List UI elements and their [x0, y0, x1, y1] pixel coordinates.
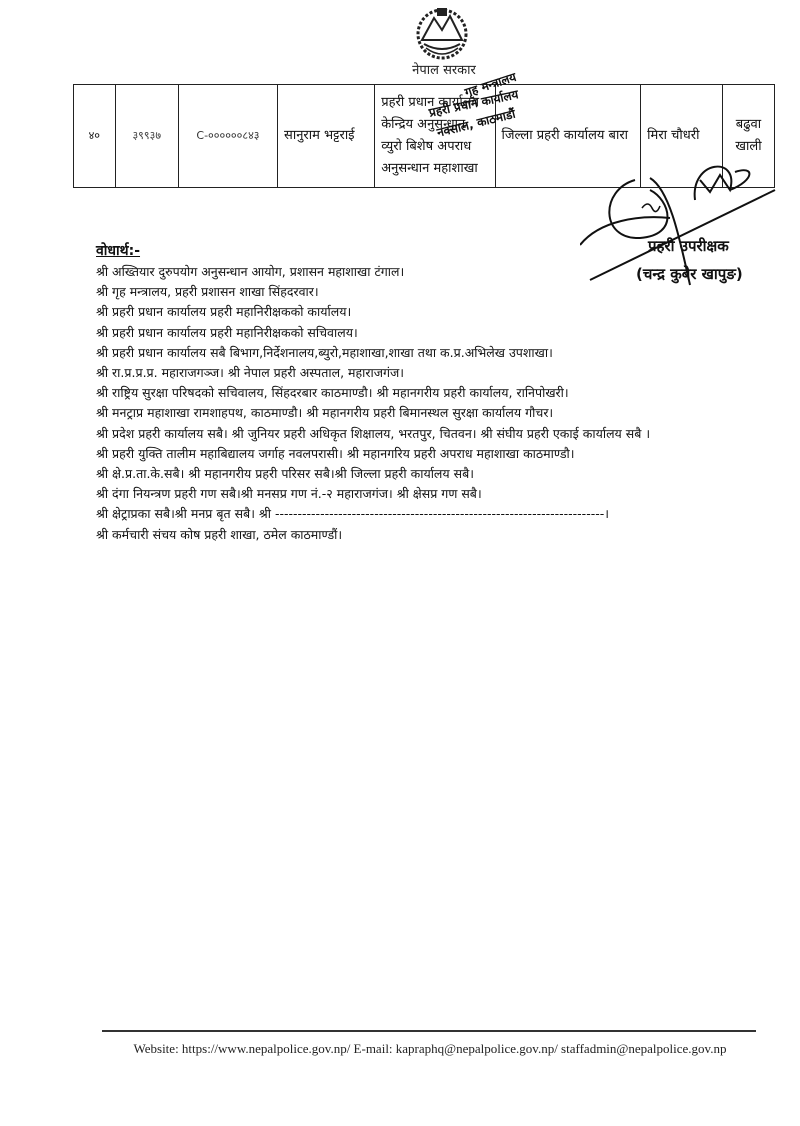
- number-cell: ३९९३७: [115, 85, 178, 188]
- code-cell: C-००००००८४३: [178, 85, 277, 188]
- cc-item: श्री अख्तियार दुरुपयोग अनुसन्धान आयोग, प…: [96, 262, 650, 282]
- cc-list: श्री अख्तियार दुरुपयोग अनुसन्धान आयोग, प…: [96, 262, 650, 545]
- cc-item: श्री दंगा नियन्त्रण प्रहरी गण सबै।श्री म…: [96, 484, 650, 504]
- cc-item: श्री क्षेट्राप्रका सबै।श्री मनप्र बृत सब…: [96, 504, 650, 524]
- serial-cell: ४०: [74, 85, 116, 188]
- remark-line: बढुवा: [729, 114, 768, 136]
- cc-item: श्री कर्मचारी संचय कोष प्रहरी शाखा, ठमेल…: [96, 525, 650, 545]
- from-office-cell: प्रहरी प्रधान कार्यालय केन्द्रिय अनुसन्ध…: [375, 85, 495, 188]
- cc-item: श्री रा.प्र.प्र.प्र. महाराजगञ्ज। श्री ने…: [96, 363, 650, 383]
- cc-heading: वोधार्थ:-: [96, 241, 140, 260]
- from-office-line: प्रहरी प्रधान कार्यालय: [381, 92, 488, 114]
- from-office-line: अनुसन्धान महाशाखा: [381, 158, 488, 180]
- cc-item: श्री प्रदेश प्रहरी कार्यालय सबै। श्री जु…: [96, 424, 650, 444]
- cc-item: श्री प्रहरी प्रधान कार्यालय प्रहरी महानि…: [96, 302, 650, 322]
- footer-divider: [102, 1030, 756, 1032]
- cc-item: श्री गृह मन्त्रालय, प्रहरी प्रशासन शाखा …: [96, 282, 650, 302]
- from-office-line: व्युरो बिशेष अपराध: [381, 136, 488, 158]
- from-office-line: केन्द्रिय अनुसन्धान: [381, 114, 488, 136]
- cc-item: श्री प्रहरी युक्ति तालीम महाबिद्यालय जर्…: [96, 444, 650, 464]
- cc-item: श्री प्रहरी प्रधान कार्यालय सबै बिभाग,नि…: [96, 343, 650, 363]
- cc-item: श्री क्षे.प्र.ता.के.सबै। श्री महानगरीय प…: [96, 464, 650, 484]
- footer-contact: Website: https://www.nepalpolice.gov.np/…: [100, 1041, 760, 1057]
- cc-item: श्री राष्ट्रिय सुरक्षा परिषदको सचिवालय, …: [96, 383, 650, 403]
- name-cell: सानुराम भट्टराई: [278, 85, 375, 188]
- remark-line: खाली: [729, 136, 768, 158]
- emblem-label: नेपाल सरकार: [404, 60, 484, 78]
- signatory-title: प्रहरी उपरीक्षक: [648, 236, 729, 256]
- signatory-name: (चन्द्र कुबेर खापुङ): [636, 264, 743, 284]
- cc-item: श्री प्रहरी प्रधान कार्यालय प्रहरी महानि…: [96, 323, 650, 343]
- cc-item: श्री मनट्राप्र महाशाखा रामशाहपथ, काठमाण्…: [96, 403, 650, 423]
